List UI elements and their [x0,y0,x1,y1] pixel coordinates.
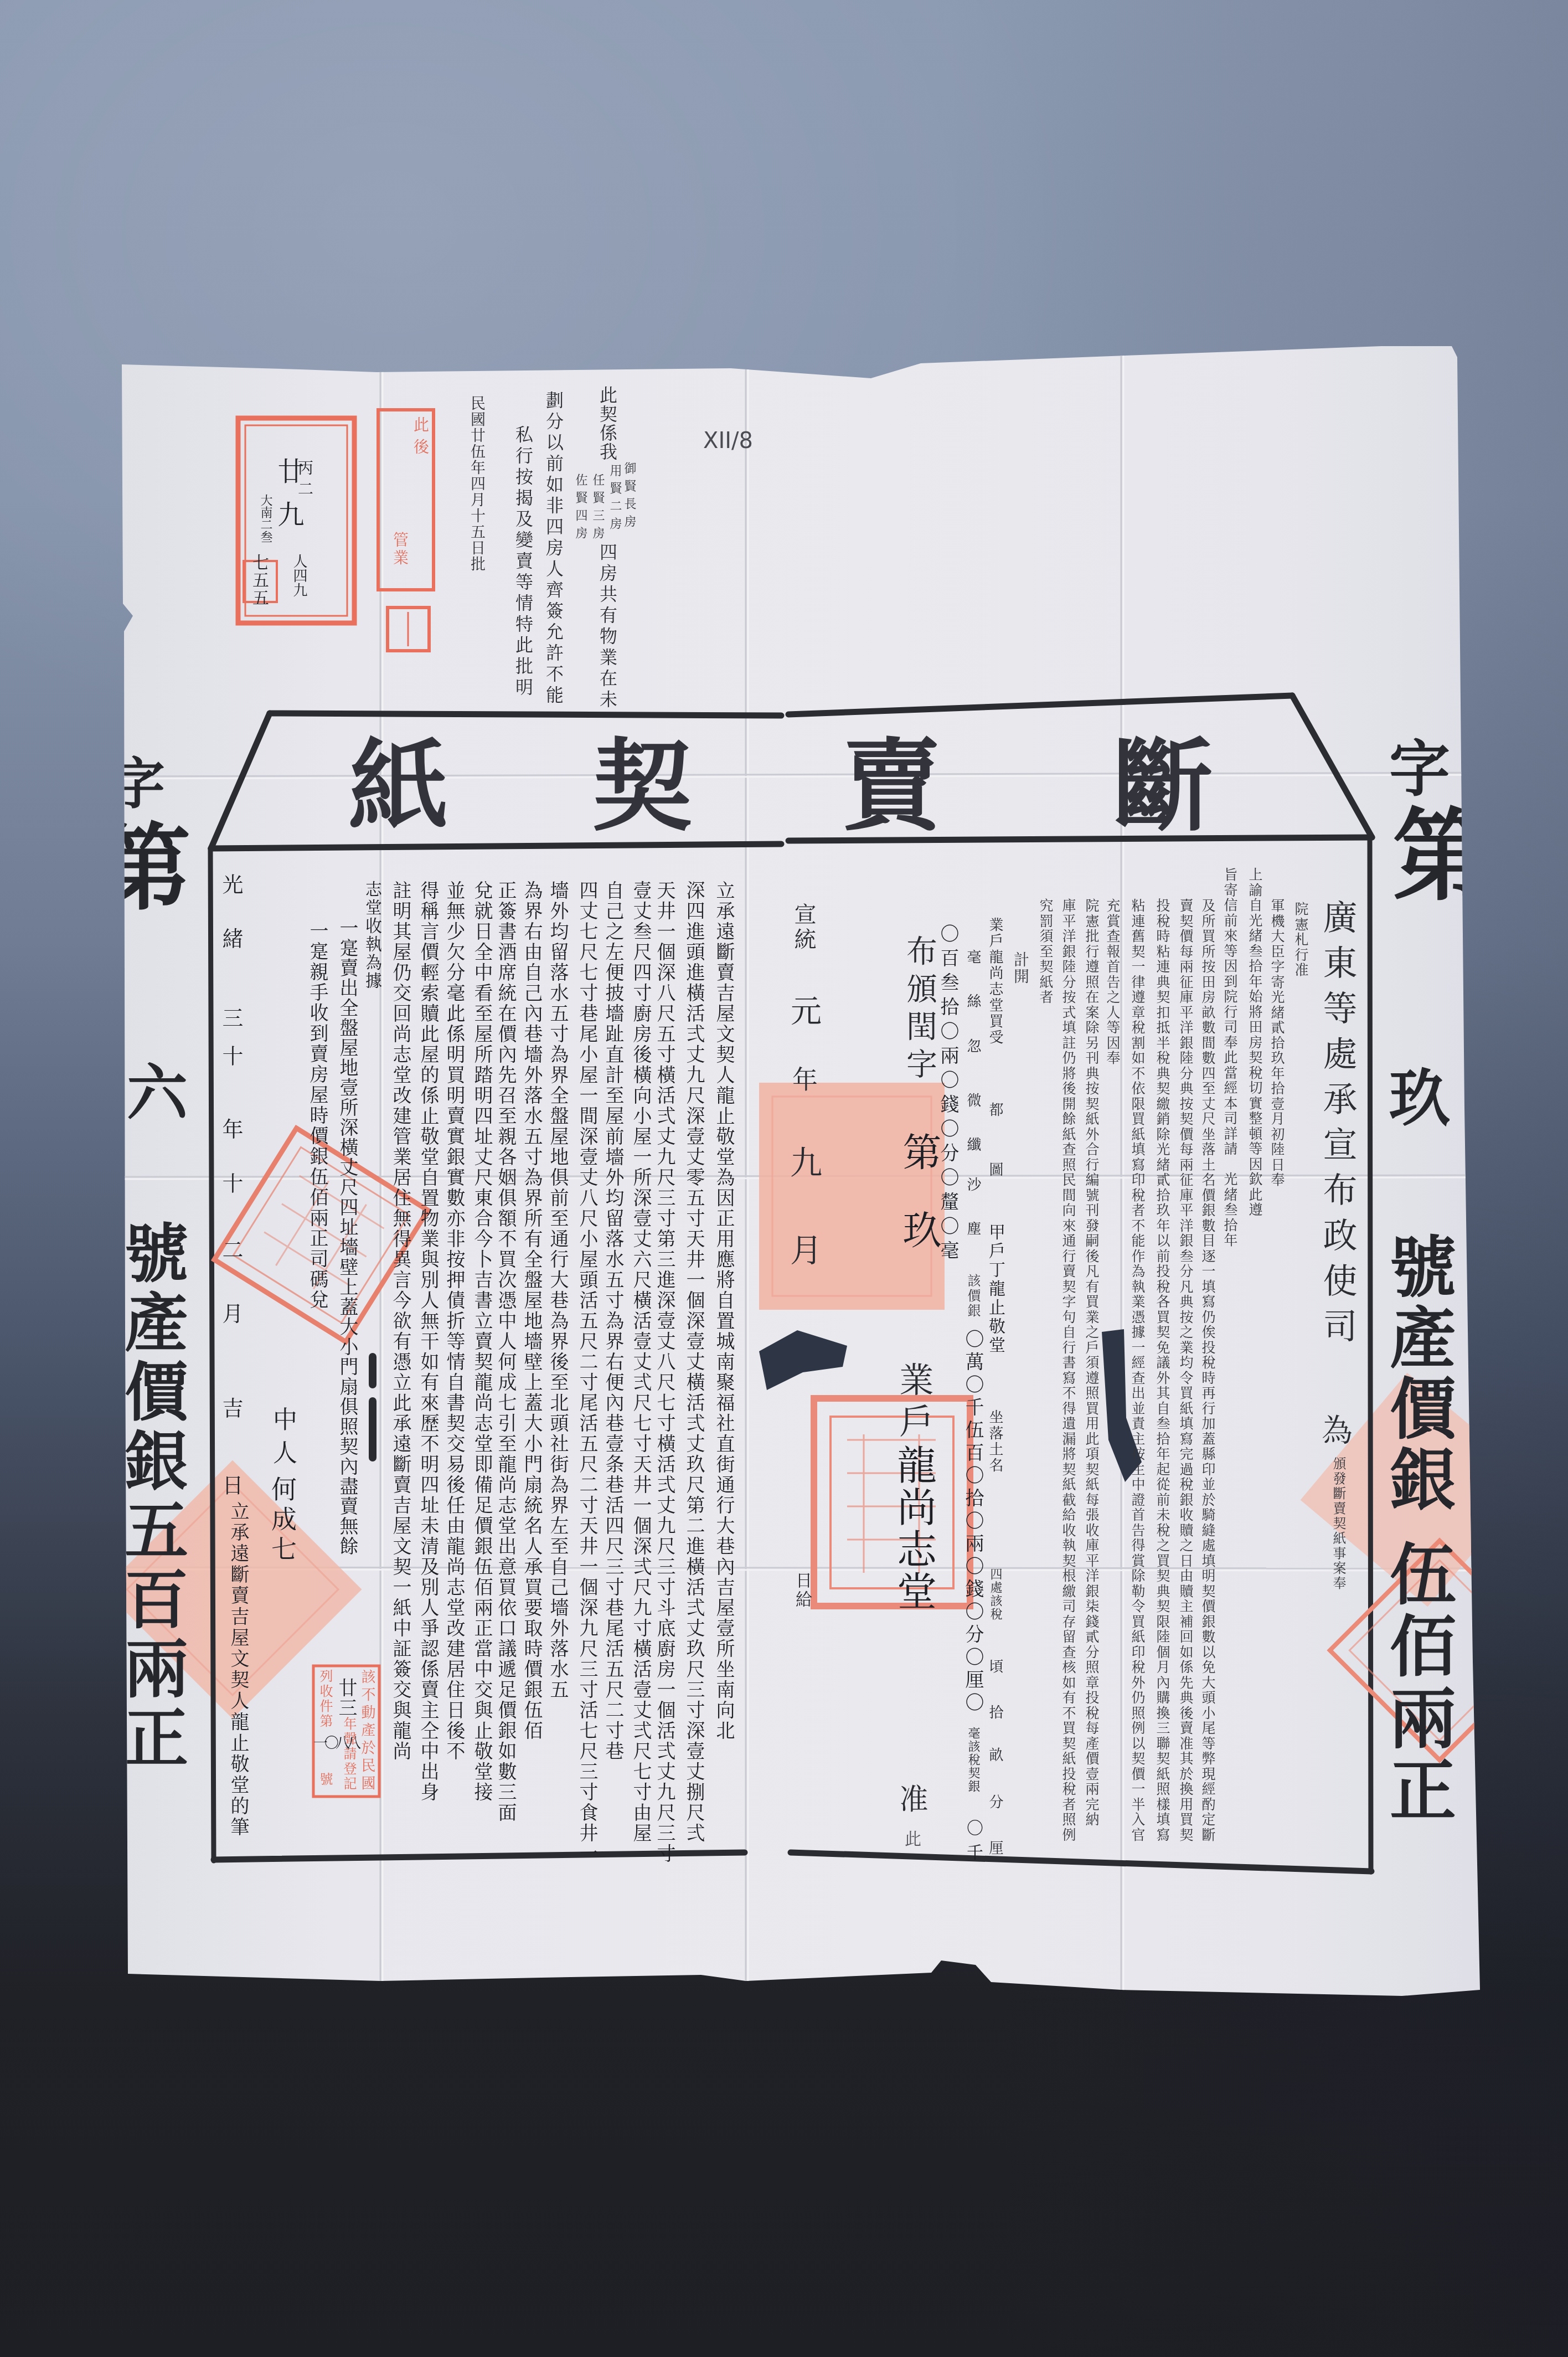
stamp-line: 列收件第 [318,1669,332,1729]
contract-clause: 一寔賣出全盤屋地壹所深橫丈尺四址墻壁上蓋大小門扇俱照契內盡賣無餘 [338,918,357,1556]
contract-column: 正簽書酒席統在價內先召至親各姻俱額不買次憑中人何成七引至龍尚志堂出意買依口議遞足… [496,881,515,1823]
stub-amount: 伍佰兩正 [1384,1540,1451,1828]
serial-number: 玖 [900,1210,938,1249]
owner-name: 龍尚志堂 [894,1444,933,1613]
area-unit: 頃 [988,1659,1002,1673]
stamp-number: 一〇八八 [313,1736,358,1751]
contract-column: 四丈七尺七寸巷尾小屋一間深壹丈八尺小屋頭活五尺二寸尾活五尺二寸天井一個深九尺三寸… [577,881,596,1864]
fine-unit: 微 [966,1093,980,1107]
contract-column: 得稱言價輕索贖此屋的係止敬堂自置物業與別人無干如有來歷不明四址未清及別人爭認係賣… [419,881,437,1803]
middleman-name: 何成七 [270,1476,295,1566]
contract-date-era: 光緒 [220,873,241,982]
tax-label: 毫該稅契銀 [967,1727,979,1793]
decree-column: 院憲批行遵照在案除另刊典按契紙外合行編號刊發嗣後凡有買業之戶須遵照買用此項契紙每… [1085,898,1098,1828]
contract-date-year-label: 年 [220,1118,241,1141]
seal-note: 大南二叁 [259,494,271,543]
stub-number: 玖 [1384,1066,1445,1127]
decree-column: 粘連舊契一律遵章稅割如不依限買紙填寫印稅者不能作為執業憑據一經查出並責主按主中證… [1131,898,1144,1843]
serial-label: 第 [900,1132,938,1171]
contract-date-month: 十二 [220,1172,241,1305]
fine-unit: 纖 [966,1137,980,1151]
endorsement-opening: 此契係我 [599,386,616,461]
stamp-line: 該不動產於民國 [360,1669,374,1793]
issuer-name: 廣東等處承宣布政使司 [1320,899,1354,1354]
issuer-suffix: 為 [1319,1414,1350,1445]
decree-column: 及所買所按田房畝數間數四至丈尺坐落土名價銀數目逐一填寫仍俟投稅時再行加蓋縣印並於… [1201,898,1215,1843]
issue-month: 九 [787,1146,819,1178]
pencil-mark: XII/8 [703,430,753,452]
issue-year: 元 [788,995,819,1026]
given-label: 日給 [793,1572,810,1609]
middleman-label: 中人 [270,1407,295,1473]
stub-text: 號產價銀 [1384,1232,1451,1516]
contract-column: 深四進頭進橫活弍丈九尺深壹丈零五寸天井一個深壹丈橫活弍丈玖尺第二進橫活弍丈玖尺三… [684,881,703,1844]
fine-unit: 忽 [966,1038,980,1053]
stamp-year: 廿三 [337,1678,355,1718]
serial-prefix: 布頒閏字 [904,935,935,1085]
issuer-subject: 頒發斷賣契紙事案奉 [1332,1457,1345,1591]
decree-column: 軍機大臣字寄光緒貳拾玖年拾壹月初陸日奉 [1270,898,1284,1188]
area-unit: 厘 [988,1840,1002,1855]
contract-column: 兌就日全中看至屋所踏明四址丈尺東合今卜吉書立賣契龍尚志堂即備足價銀伍佰兩正當中交… [472,881,491,1803]
decree-column: 院憲札行准 [1294,902,1308,978]
endorsement-date: 民國廿伍年四月十五日批 [469,395,484,572]
decree-column: 賣契價每兩征庫平洋銀陸分典按契價每兩征庫平洋銀叁分凡典按之業均令買紙填寫完過稅銀… [1179,898,1193,1843]
seal-note: 廿九 [275,457,302,544]
seal-filled-square-middle [759,1083,945,1310]
issue-year-label: 年 [791,1066,816,1092]
contract-column: 志堂收執為據 [363,881,380,990]
seal-note: 七五五 [250,554,267,607]
contract-signer: 立承遠斷賣吉屋文契人龍止敬堂的筆 [229,1501,247,1838]
tax-area-label: 四處該稅 [989,1568,1001,1621]
fine-unit: 塵 [966,1221,980,1236]
endorsement-branch: 佐賢四房 [574,474,586,544]
schedule-label: 計開 [1013,951,1028,985]
contract-column: 立承遠斷賣吉屋文契人龍止敬堂為因正用應將自置城南聚福社直街通行大巷內吉屋壹所坐南… [714,881,733,1741]
issue-era: 宣統 [792,903,814,953]
decree-column: 充賞查報首告之人等因奉 [1106,898,1120,1066]
stamp-suffix: 號 [318,1772,332,1785]
tu-label: 圖 [988,1162,1002,1176]
stub-text: 號產價銀五百兩正 [119,1220,183,1774]
stub-char: 字 [1384,737,1445,797]
stub-number: 六 [122,1061,183,1121]
price-amount: 〇萬〇千伍百〇拾〇兩〇錢〇分〇厘〇 [963,1329,982,1715]
area-unit: 拾 [988,1705,1002,1719]
contract-date-year: 三十 [220,1007,241,1083]
decree-column: 投稅時粘連典契扣抵半稅典契繳銷除光緒貳拾玖年以前投稅各買契免議外其自叁拾年起從前… [1156,898,1169,1843]
endorsement-line: 劃分以前如非四房人齊簽允許不能 [545,391,563,707]
endorsement-line: 私行按揭及變賣等情特此批明 [514,425,532,699]
contract-column: 壹丈叁尺四寸廚房後橫向小屋一所深壹丈六尺橫活壹丈弍尺七寸天井一個深弍尺九寸橫活壹… [631,881,650,1844]
area-unit: 分 [988,1794,1002,1809]
seller-name: 甲戶丁龍止敬堂 [987,1223,1003,1355]
owner-label: 業戶 [896,1362,931,1445]
issue-month-label: 月 [787,1233,819,1265]
fine-unit: 毫 [966,949,980,964]
seal-note: 人四九 [292,554,306,597]
title-char: 紙 [346,734,451,839]
contract-date-day-label: 日 [220,1474,241,1497]
fine-unit: 沙 [966,1177,980,1191]
decree-column: 上諭自光緒叁拾年始將田房契稅切實整頓等因欽此遵 [1248,867,1262,1218]
title-char: 賣 [839,734,944,839]
endorsement-branch: 任賢三房 [591,474,604,544]
rect-seal-text: 此後 [412,416,428,461]
decree-column: 究罰須至契紙者 [1039,898,1053,1005]
tax-amount-head: 〇千 [964,1819,981,1868]
area-unit: 畝 [988,1747,1002,1762]
contract-column: 並無少欠分毫此係明買明賣實銀實數亦非按押債折等情自書契交易後任由龍尚志堂改建居住… [445,881,463,1762]
contract-column: 自己之左便披墻趾直計至屋前墻外均留落水五寸為界右便內巷壹条巷活四尺三寸巷尾活五尺… [604,881,622,1762]
contract-clause: 一寔親手收到賣房屋時價銀伍佰兩正司碼兌 [308,921,327,1310]
contract-column: 為界右由自己內巷墻外落水五寸為界所有全盤屋地墻壁上蓋大小門扇統名人承買要取時價銀… [522,881,541,1741]
contract-column: 註明其屋仍交回尚志堂改建管業居住無得異言今欲有憑立此承遠斷賣吉屋文契一紙中証簽交… [391,881,410,1762]
endorsement-branch: 御賢長房 [623,462,635,533]
du-label: 都 [988,1102,1002,1116]
endorsement-branch: 用賢二房 [608,464,621,535]
title-char: 斷 [1110,734,1215,839]
approval-char: 准 [896,1784,925,1813]
seal-small-square-top [388,608,429,651]
contract-date-day: 吉 [220,1397,241,1420]
stamp-line: 年聲請登記 [342,1717,355,1792]
fine-unit: 絲 [966,994,980,1008]
buyer-line: 業戶龍尚志堂買受 [988,917,1002,1046]
contract-date-month-label: 月 [220,1303,241,1325]
decree-column: 旨寄信前來等因到院行司奉此當經本司詳請 光緒叁拾年 [1223,867,1237,1248]
title-char: 契 [590,734,695,839]
rect-seal-text: 管業 [392,532,408,567]
endorsement-line: 四房共有物業在未 [599,543,616,711]
approval-char: 此 [902,1830,919,1847]
contract-column: 墻外均留落水五寸為界全盤屋地俱前至通行大巷為界後至北頭社街為界左至自己墻外落水五 [548,881,567,1700]
contract-column: 天井一個深八尺五寸橫活弍丈九尺三寸第三進深壹丈八尺七寸橫活弍丈九尺三寸斗底廚房一… [655,881,674,1864]
decree-column: 庫平洋銀陸分按式填註仍將後開餘紙查照民間向來通行賣契字句自行書寫不得遺漏將契紙截… [1061,898,1075,1843]
location-label: 坐落土名 [988,1409,1002,1474]
price-label: 該價銀 [966,1274,979,1319]
